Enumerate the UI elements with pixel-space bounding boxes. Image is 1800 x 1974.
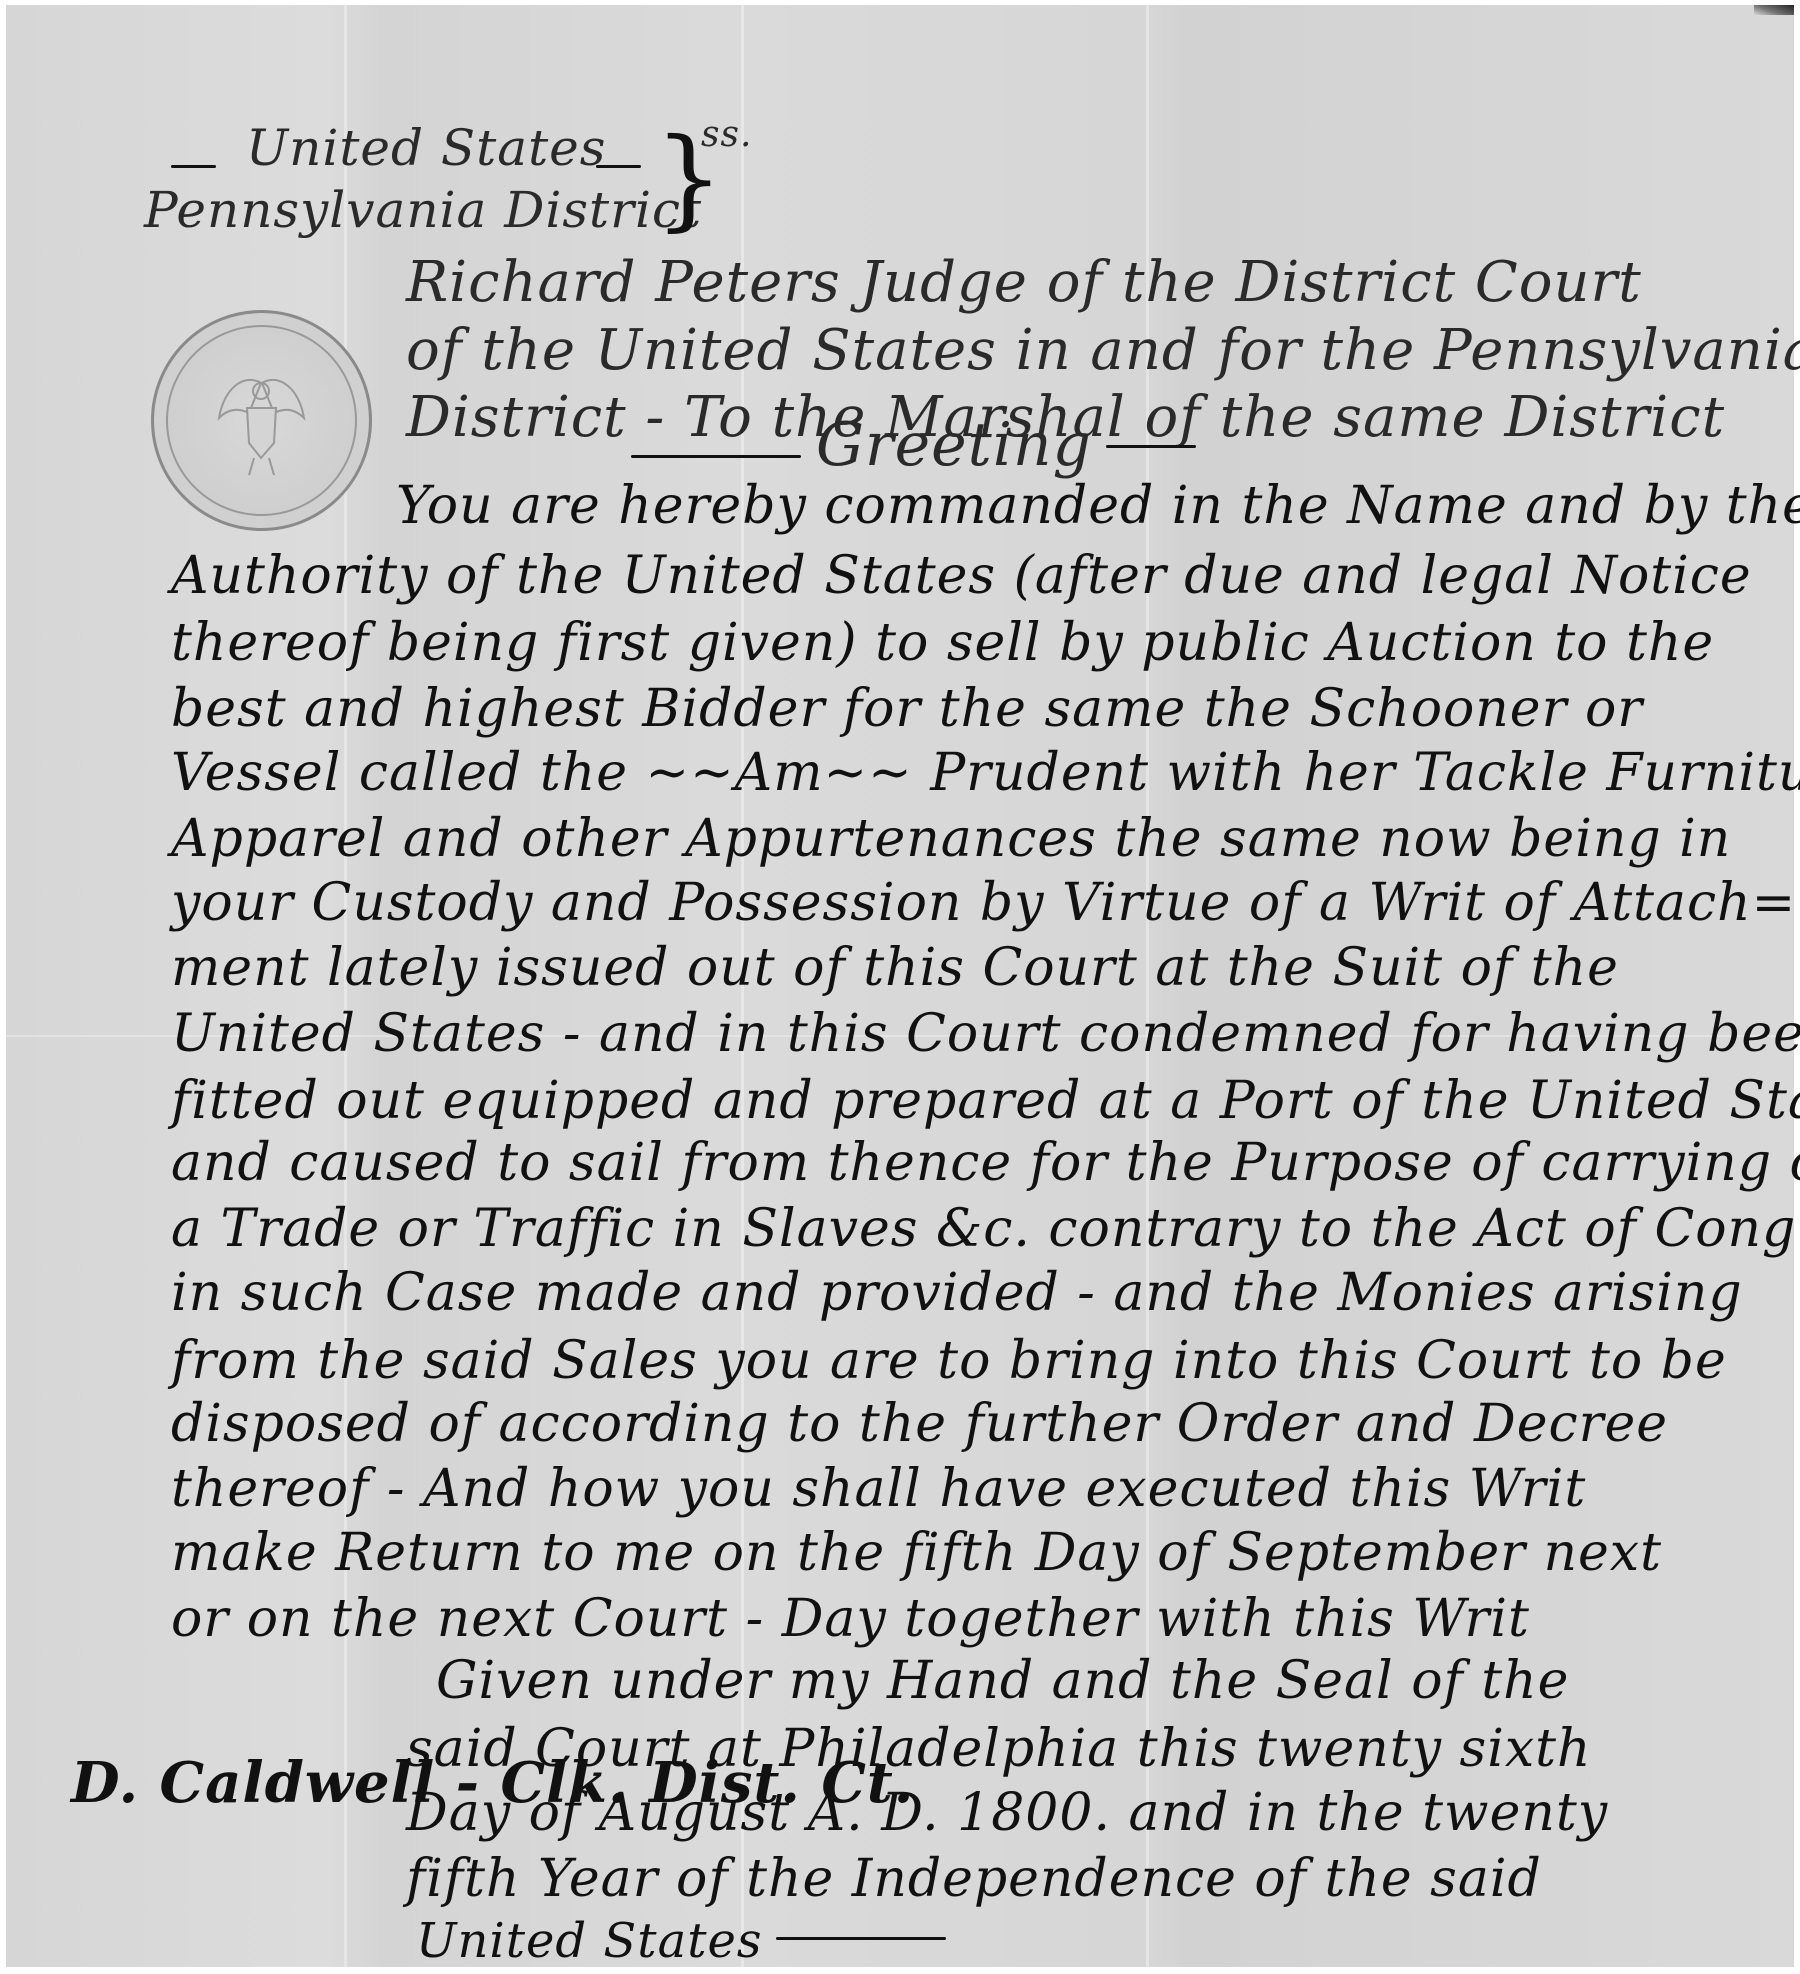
flourish [171, 165, 216, 168]
flourish [776, 1937, 946, 1940]
body-line-5: Vessel called the ~~Am~~ Prudent with he… [171, 747, 1800, 799]
body-line-12: a Trade or Traffic in Slaves &c. contrar… [171, 1203, 1800, 1255]
caption-ss: ss. [701, 117, 752, 153]
flourish [596, 165, 641, 168]
body-line-18: or on the next Court - Day together with… [171, 1593, 1530, 1645]
body-line-17: make Return to me on the fifth Day of Se… [171, 1527, 1662, 1579]
address-line-1: Richard Peters Judge of the District Cou… [406, 255, 1642, 311]
body-line-11: and caused to sail from thence for the P… [171, 1137, 1800, 1189]
attestation-line-1: Given under my Hand and the Seal of the [436, 1655, 1569, 1707]
body-line-4: best and highest Bidder for the same the… [171, 683, 1643, 735]
flourish [631, 455, 801, 458]
body-line-13: in such Case made and provided - and the… [171, 1267, 1743, 1319]
body-line-15: disposed of according to the further Ord… [171, 1398, 1668, 1450]
body-line-2: Authority of the United States (after du… [171, 550, 1752, 602]
court-seal [151, 310, 372, 531]
body-line-9: United States - and in this Court condem… [171, 1008, 1800, 1060]
flourish [1106, 445, 1196, 448]
torn-corner [1754, 5, 1794, 15]
body-line-14: from the said Sales you are to bring int… [171, 1335, 1727, 1387]
attestation-line-5: United States [416, 1917, 763, 1965]
body-line-3: thereof being first given) to sell by pu… [171, 617, 1714, 669]
body-line-8: ment lately issued out of this Court at … [171, 942, 1619, 994]
caption-united-states: United States [246, 123, 606, 173]
body-line-7: your Custody and Possession by Virtue of… [171, 877, 1796, 929]
body-line-6: Apparel and other Appurtenances the same… [171, 813, 1731, 865]
document-page: United States Pennsylvania District } ss… [6, 5, 1794, 1967]
body-line-16: thereof - And how you shall have execute… [171, 1463, 1586, 1515]
body-line-10: fitted out equipped and prepared at a Po… [171, 1075, 1800, 1127]
salutation: Greeting [816, 415, 1092, 475]
body-line-1: You are hereby commanded in the Name and… [396, 480, 1800, 532]
eagle-icon [214, 363, 309, 478]
caption-district: Pennsylvania District [144, 185, 702, 235]
clerk-signature: D. Caldwell - Clk. Dist. Ct. [71, 1755, 914, 1811]
attestation-line-4: fifth Year of the Independence of the sa… [406, 1853, 1542, 1905]
address-line-2: of the United States in and for the Penn… [406, 323, 1800, 379]
